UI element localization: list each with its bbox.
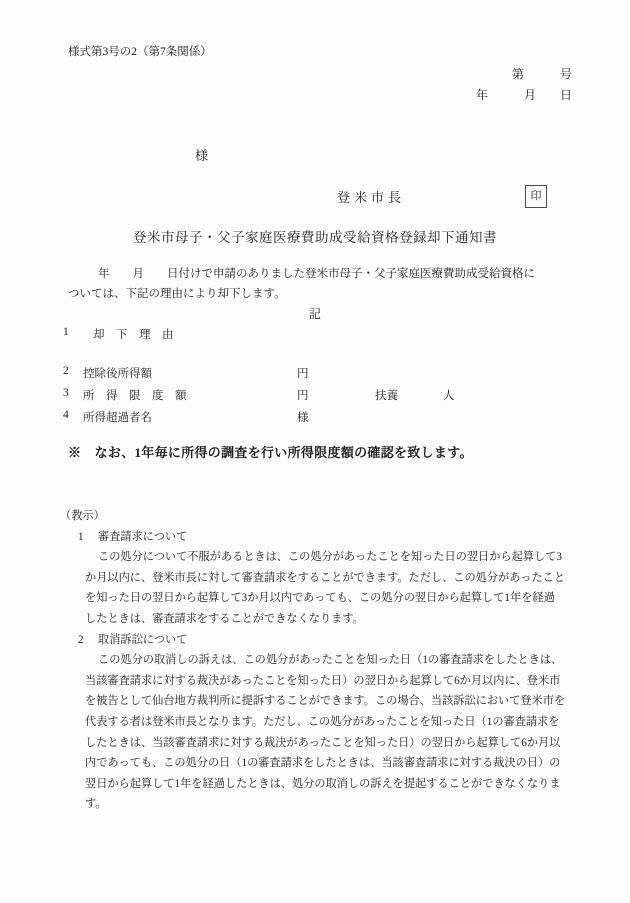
item-unit-yen: 円	[297, 387, 309, 403]
body-paragraph-line: 年 月 日付けで申請のありました登米市母子・父子家庭医療費助成受給資格に	[98, 265, 535, 281]
advice-text-line: す。	[85, 794, 630, 815]
item-unit-yen: 円	[297, 365, 309, 381]
item-label: 控除後所得額	[83, 365, 152, 381]
seal-stamp-box: 印	[525, 185, 547, 208]
item-number: 4	[63, 409, 69, 421]
item-number: 3	[63, 387, 69, 399]
advice-text-line: を被告として仙台地方裁判所に提訴することができます。この場合、当該訴訟において登…	[85, 691, 630, 712]
advice-text-line: 代表する者は登米市長となります。ただし、この処分があったことを知った日（1の審査…	[85, 712, 630, 733]
advice-text-line: この処分について不服があるときは、この処分があったことを知った日の翌日から起算し…	[98, 547, 630, 568]
sender-name: 登米市長	[337, 187, 405, 206]
advice-item-number: 1	[78, 527, 98, 548]
item-number: 2	[63, 365, 69, 377]
item-label: 却 下 理 由	[93, 326, 174, 342]
advice-section: （教示） 1審査請求について この処分について不服があるときは、この処分があった…	[0, 506, 630, 815]
advice-heading: （教示）	[60, 506, 630, 527]
recipient-honorific: 様	[195, 145, 208, 164]
advice-item-title: 1審査請求について	[78, 527, 630, 548]
sender-row: 登米市長 印	[0, 185, 630, 209]
advice-item-title: 2取消訴訟について	[78, 630, 630, 651]
dependents-label: 扶養	[375, 387, 398, 403]
issue-number-line: 第 号	[512, 65, 572, 82]
dependents-unit: 人	[443, 387, 455, 403]
rejection-item-row: 3 所 得 限 度 額 円 扶養 人	[63, 387, 583, 407]
item-label: 所得超過者名	[83, 409, 152, 425]
issue-date-line: 年 月 日	[476, 86, 572, 103]
form-number: 様式第3号の2（第7条関係）	[68, 43, 212, 59]
rejection-item-row: 4 所得超過者名 様	[63, 409, 583, 429]
ki-marker: 記	[0, 305, 630, 322]
advice-item-title-text: 取消訴訟について	[98, 634, 187, 646]
notice-document-page: 様式第3号の2（第7条関係） 第 号 年 月 日 様 登米市長 印 登米市母子・…	[0, 0, 630, 903]
document-title: 登米市母子・父子家庭医療費助成受給資格登録却下通知書	[0, 226, 630, 246]
advice-text-line: 当該審査請求に対する裁決があったことを知った日）の翌日から起算して6か月以内に、…	[85, 671, 630, 692]
advice-text-line: 翌日から起算して1年を経過したときは、処分の取消しの訴えを提起することができなく…	[85, 774, 630, 795]
advice-text-line: したときは、当該審査請求に対する裁決があったことを知った日）の翌日から起算して6…	[85, 733, 630, 754]
item-unit-sama: 様	[297, 409, 309, 425]
advice-text-line: この処分の取消しの訴えは、この処分があったことを知った日（1の審査請求をしたとき…	[98, 650, 630, 671]
advice-text-line: 内であっても、この処分の日（1の審査請求をしたときは、当該審査請求に対する裁決の…	[85, 753, 630, 774]
body-paragraph-line: ついては、下記の理由により却下します。	[68, 285, 286, 301]
rejection-item-row: 2 控除後所得額 円	[63, 365, 583, 385]
advice-text-line: したときは、審査請求をすることができなくなります。	[85, 609, 630, 630]
advice-text-line: を知った日の翌日から起算して3か月以内であっても、この処分の翌日から起算して1年…	[85, 588, 630, 609]
advice-item-number: 2	[78, 630, 98, 651]
income-check-note: ※ なお、1年毎に所得の調査を行い所得限度額の確認を致します。	[68, 442, 473, 461]
advice-item-title-text: 審査請求について	[98, 531, 187, 543]
item-number: 1	[63, 326, 69, 338]
rejection-item-row: 1 却 下 理 由	[63, 326, 583, 346]
advice-text-line: か月以内に、登米市長に対して審査請求をすることができます。ただし、この処分があっ…	[85, 568, 630, 589]
item-label: 所 得 限 度 額	[83, 387, 187, 403]
